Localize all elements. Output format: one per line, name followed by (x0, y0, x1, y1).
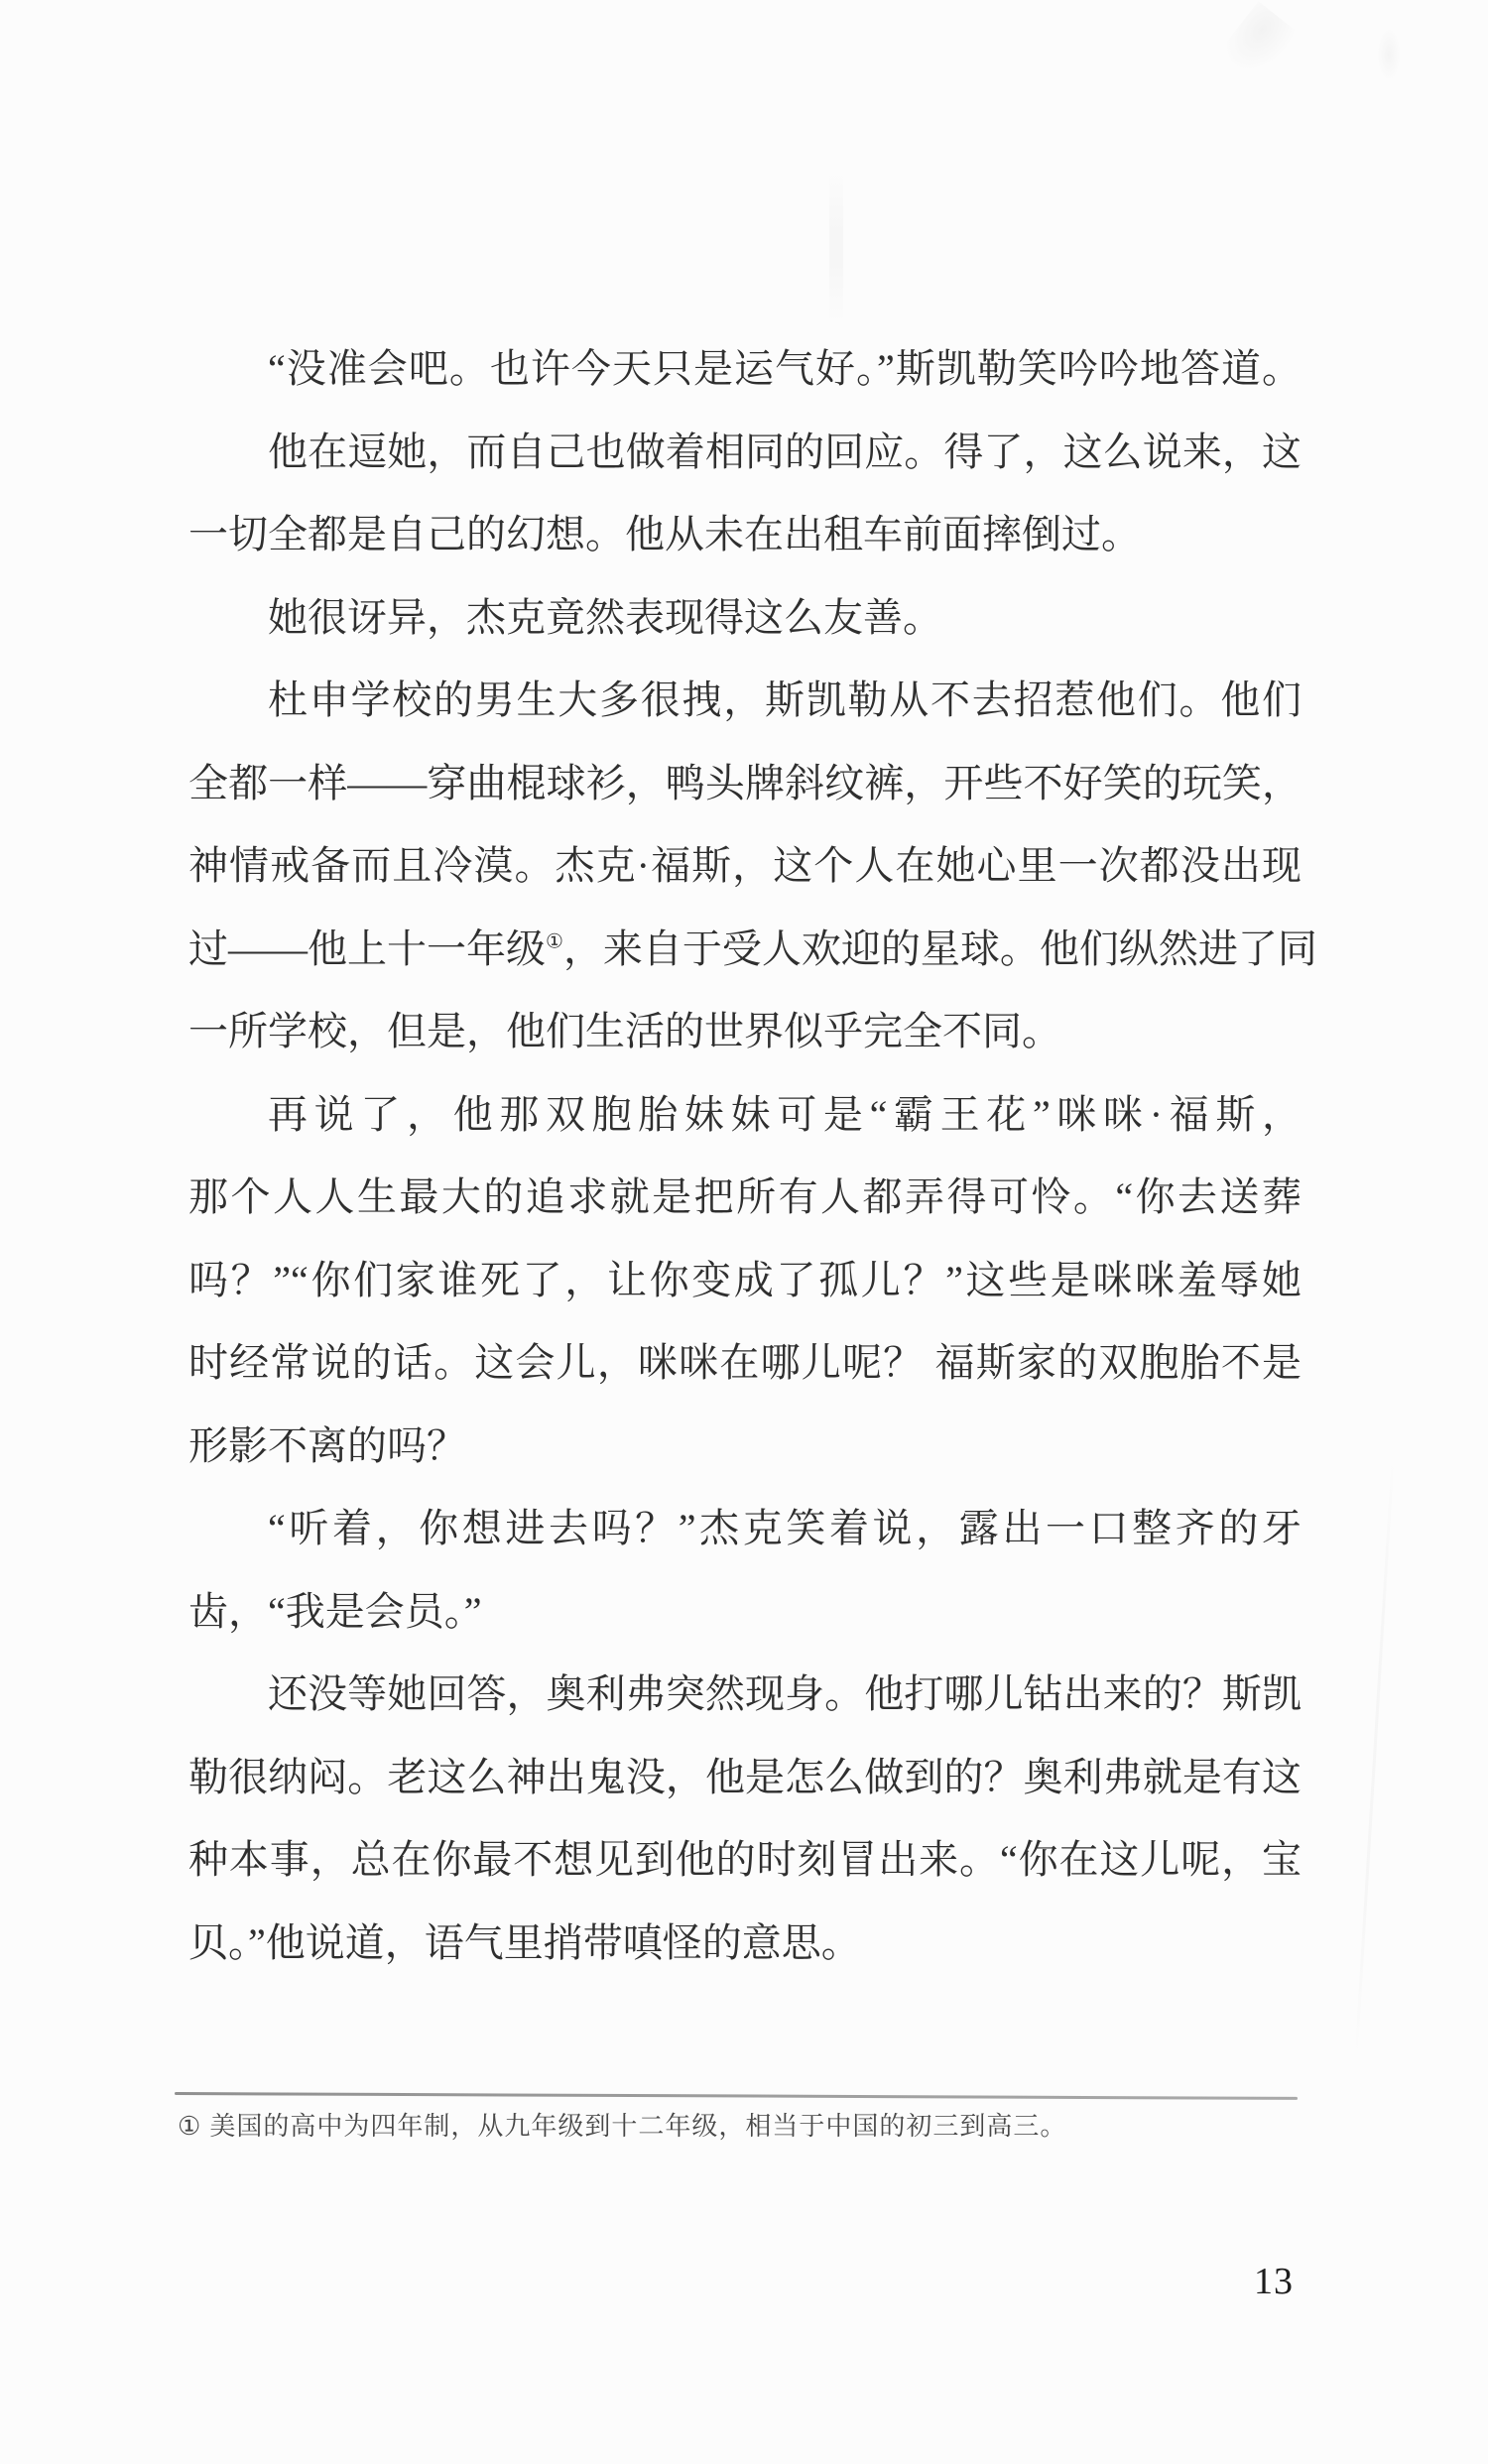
text-line: 全都一样——穿曲棍球衫，鸭头牌斜纹裤，开些不好笑的玩笑， (188, 742, 1302, 825)
text-line: 一切全都是自己的幻想。他从未在出租车前面摔倒过。 (188, 493, 1302, 576)
text-line: 形影不离的吗？ (188, 1405, 1302, 1488)
text-line: 那个人人生最大的追求就是把所有人都弄得可怜。“你去送葬 (188, 1156, 1302, 1239)
text-line: 神情戒备而且冷漠。杰克·福斯，这个人在她心里一次都没出现 (188, 824, 1302, 908)
text-line: 他在逗她，而自己也做着相同的回应。得了，这么说来，这 (188, 411, 1302, 494)
text-line: 吗？”“你们家谁死了，让你变成了孤儿？”这些是咪咪羞辱她 (188, 1239, 1302, 1322)
text-line: 一所学校，但是，他们生活的世界似乎完全不同。 (188, 990, 1302, 1073)
footnote-marker: ① (178, 2112, 201, 2141)
text-line: 杜申学校的男生大多很拽，斯凯勒从不去招惹他们。他们 (188, 659, 1302, 742)
body-text: “没准会吧。也许今天只是运气好。”斯凯勒笑吟吟地答道。 他在逗她，而自己也做着相… (188, 327, 1302, 1984)
text-line: “听着，你想进去吗？”杰克笑着说，露出一口整齐的牙 (188, 1487, 1302, 1570)
footnote-reference-mark: ① (546, 930, 563, 952)
page-crease (1354, 1450, 1395, 2064)
text-segment: ，来自于受人欢迎的星球。他们纵然进了同 (563, 926, 1317, 971)
text-line: 过——他上十一年级①，来自于受人欢迎的星球。他们纵然进了同 (188, 908, 1302, 991)
text-line: 勒很纳闷。老这么神出鬼没，他是怎么做到的？奥利弗就是有这 (188, 1736, 1302, 1819)
text-line: 再说了，他那双胞胎妹妹可是“霸王花”咪咪·福斯， (188, 1073, 1302, 1157)
text-line: “没准会吧。也许今天只是运气好。”斯凯勒笑吟吟地答道。 (188, 327, 1302, 411)
footnote: ①美国的高中为四年制，从九年级到十二年级，相当于中国的初三到高三。 (178, 2105, 1348, 2149)
text-line: 还没等她回答，奥利弗突然现身。他打哪儿钻出来的？斯凯 (188, 1653, 1302, 1736)
text-line: 齿，“我是会员。” (188, 1570, 1302, 1654)
scan-streak (829, 171, 843, 324)
text-line: 她很讶异，杰克竟然表现得这么友善。 (188, 576, 1302, 660)
scan-smudge (1377, 28, 1401, 81)
footnote-divider (175, 2092, 1298, 2100)
text-segment: 过——他上十一年级 (188, 926, 546, 971)
page-number: 13 (1254, 2260, 1294, 2303)
text-line: 时经常说的话。这会儿，咪咪在哪儿呢？ 福斯家的双胞胎不是 (188, 1321, 1302, 1405)
footnote-text: 美国的高中为四年制，从九年级到十二年级，相当于中国的初三到高三。 (209, 2112, 1066, 2141)
scan-smudge (1217, 1, 1300, 86)
text-line: 种本事，总在你最不想见到他的时刻冒出来。“你在这儿呢，宝 (188, 1818, 1302, 1902)
text-line: 贝。”他说道，语气里捎带嗔怪的意思。 (188, 1902, 1302, 1985)
book-page: “没准会吧。也许今天只是运气好。”斯凯勒笑吟吟地答道。 他在逗她，而自己也做着相… (0, 0, 1488, 2464)
